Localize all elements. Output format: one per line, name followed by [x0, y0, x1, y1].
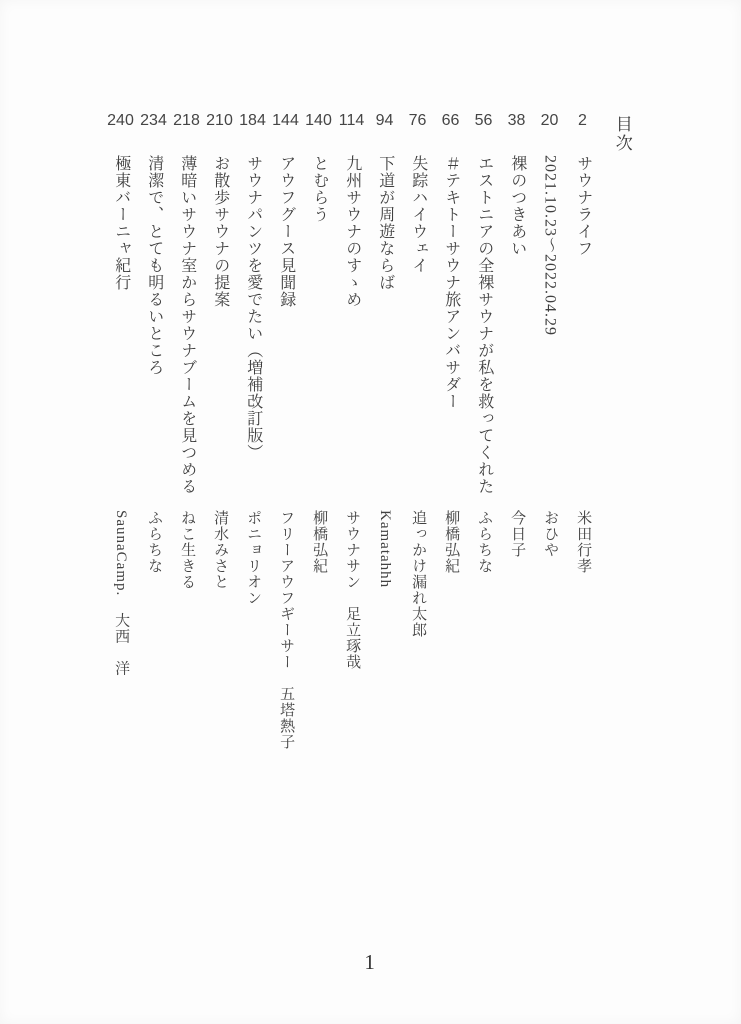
toc-entry-page-number: 140 [302, 112, 335, 130]
toc-entry-title: アウフグース見聞録 [276, 155, 294, 308]
toc-entry-author: おひや [541, 510, 558, 558]
folio-page-number: 1 [364, 950, 375, 975]
toc-entry-title: エストニアの全裸サウナが私を救ってくれた [474, 155, 492, 495]
toc-entry: 38 裸のつきあい 今日子 [500, 110, 533, 910]
toc-page: 目次 2 サウナライフ 米田行孝 20 2021.10.23〜2022.04.2… [0, 0, 741, 1024]
toc-entry-author: ふらちな [475, 510, 492, 574]
toc-entry-page-number: 218 [170, 112, 203, 130]
toc-entry-author: SaunaCamp. 大西 洋 [112, 510, 129, 676]
toc-entry-author: Kamatahhh [376, 510, 393, 588]
toc-entry-author: 今日子 [508, 510, 525, 558]
toc-entry-page-number: 20 [533, 112, 566, 130]
toc-entry-title: 九州サウナのすゝめ [342, 155, 360, 308]
toc-entry-page-number: 66 [434, 112, 467, 130]
toc-entry-title: とむらう [309, 155, 327, 223]
toc-entry-page-number: 210 [203, 112, 236, 130]
toc-entry: 76 失踪ハイウェイ 追っかけ漏れ太郎 [401, 110, 434, 910]
toc-entry: 140 とむらう 柳橋弘紀 [302, 110, 335, 910]
toc-entry-title: 失踪ハイウェイ [408, 155, 426, 274]
toc-entry: 94 下道が周遊ならば Kamatahhh [368, 110, 401, 910]
toc-entry-author: ポニョリオン [244, 510, 261, 606]
toc-entry-author: サウナサン 足立琢哉 [343, 510, 360, 670]
toc-entry-title: ＃テキトーサウナ旅アンバサダー [441, 155, 459, 410]
toc-entry: 144 アウフグース見聞録 フリーアウフギーサー 五塔熱子 [269, 110, 302, 910]
toc-entry: 184 サウナパンツを愛でたい（増補改訂版） ポニョリオン [236, 110, 269, 910]
toc-entry-page-number: 2 [566, 112, 599, 130]
toc-entry-page-number: 38 [500, 112, 533, 130]
toc-entry-title: 裸のつきあい [507, 155, 525, 257]
toc-entry-page-number: 240 [104, 112, 137, 130]
toc-entry-page-number: 144 [269, 112, 302, 130]
toc-entry-title: サウナパンツを愛でたい（増補改訂版） [243, 155, 261, 461]
toc-entry-author: ねこ生きる [178, 510, 195, 590]
toc-entry-page-number: 114 [335, 112, 368, 130]
toc-entry-title: 2021.10.23〜2022.04.29 [540, 155, 558, 336]
toc-entry-title: サウナライフ [573, 155, 591, 257]
toc-entry-page-number: 234 [137, 112, 170, 130]
toc-entry-author: 米田行孝 [574, 510, 591, 574]
toc-entry-author: 清水みさと [211, 510, 228, 590]
toc-entry: 2 サウナライフ 米田行孝 [566, 110, 599, 910]
toc-entry-page-number: 76 [401, 112, 434, 130]
toc-entry-title: 清潔で、とても明るいところ [144, 155, 162, 376]
toc-entry-title: 薄暗いサウナ室からサウナブームを見つめる [177, 155, 195, 495]
toc-entry: 210 お散歩サウナの提案 清水みさと [203, 110, 236, 910]
toc-entry-title: 極東バーニャ紀行 [111, 155, 129, 291]
toc-entry-page-number: 94 [368, 112, 401, 130]
toc-entry: 66 ＃テキトーサウナ旅アンバサダー 柳橋弘紀 [434, 110, 467, 910]
toc-entry-author: 追っかけ漏れ太郎 [409, 510, 426, 638]
toc-entry: 240 極東バーニャ紀行 SaunaCamp. 大西 洋 [104, 110, 137, 910]
toc-entry-author: フリーアウフギーサー 五塔熱子 [277, 510, 294, 750]
toc-block: 目次 2 サウナライフ 米田行孝 20 2021.10.23〜2022.04.2… [104, 110, 645, 910]
toc-header-column: 目次 [599, 110, 645, 910]
toc-entry-title: お散歩サウナの提案 [210, 155, 228, 308]
toc-entry: 218 薄暗いサウナ室からサウナブームを見つめる ねこ生きる [170, 110, 203, 910]
toc-entry-page-number: 56 [467, 112, 500, 130]
toc-entry-author: ふらちな [145, 510, 162, 574]
toc-entry: 114 九州サウナのすゝめ サウナサン 足立琢哉 [335, 110, 368, 910]
toc-entry-page-number: 184 [236, 112, 269, 130]
toc-entry-title: 下道が周遊ならば [375, 155, 393, 291]
toc-entry: 20 2021.10.23〜2022.04.29 おひや [533, 110, 566, 910]
toc-entry: 234 清潔で、とても明るいところ ふらちな [137, 110, 170, 910]
toc-entry-author: 柳橋弘紀 [442, 510, 459, 574]
page-title: 目次 [612, 115, 632, 153]
toc-entry-author: 柳橋弘紀 [310, 510, 327, 574]
toc-entry: 56 エストニアの全裸サウナが私を救ってくれた ふらちな [467, 110, 500, 910]
